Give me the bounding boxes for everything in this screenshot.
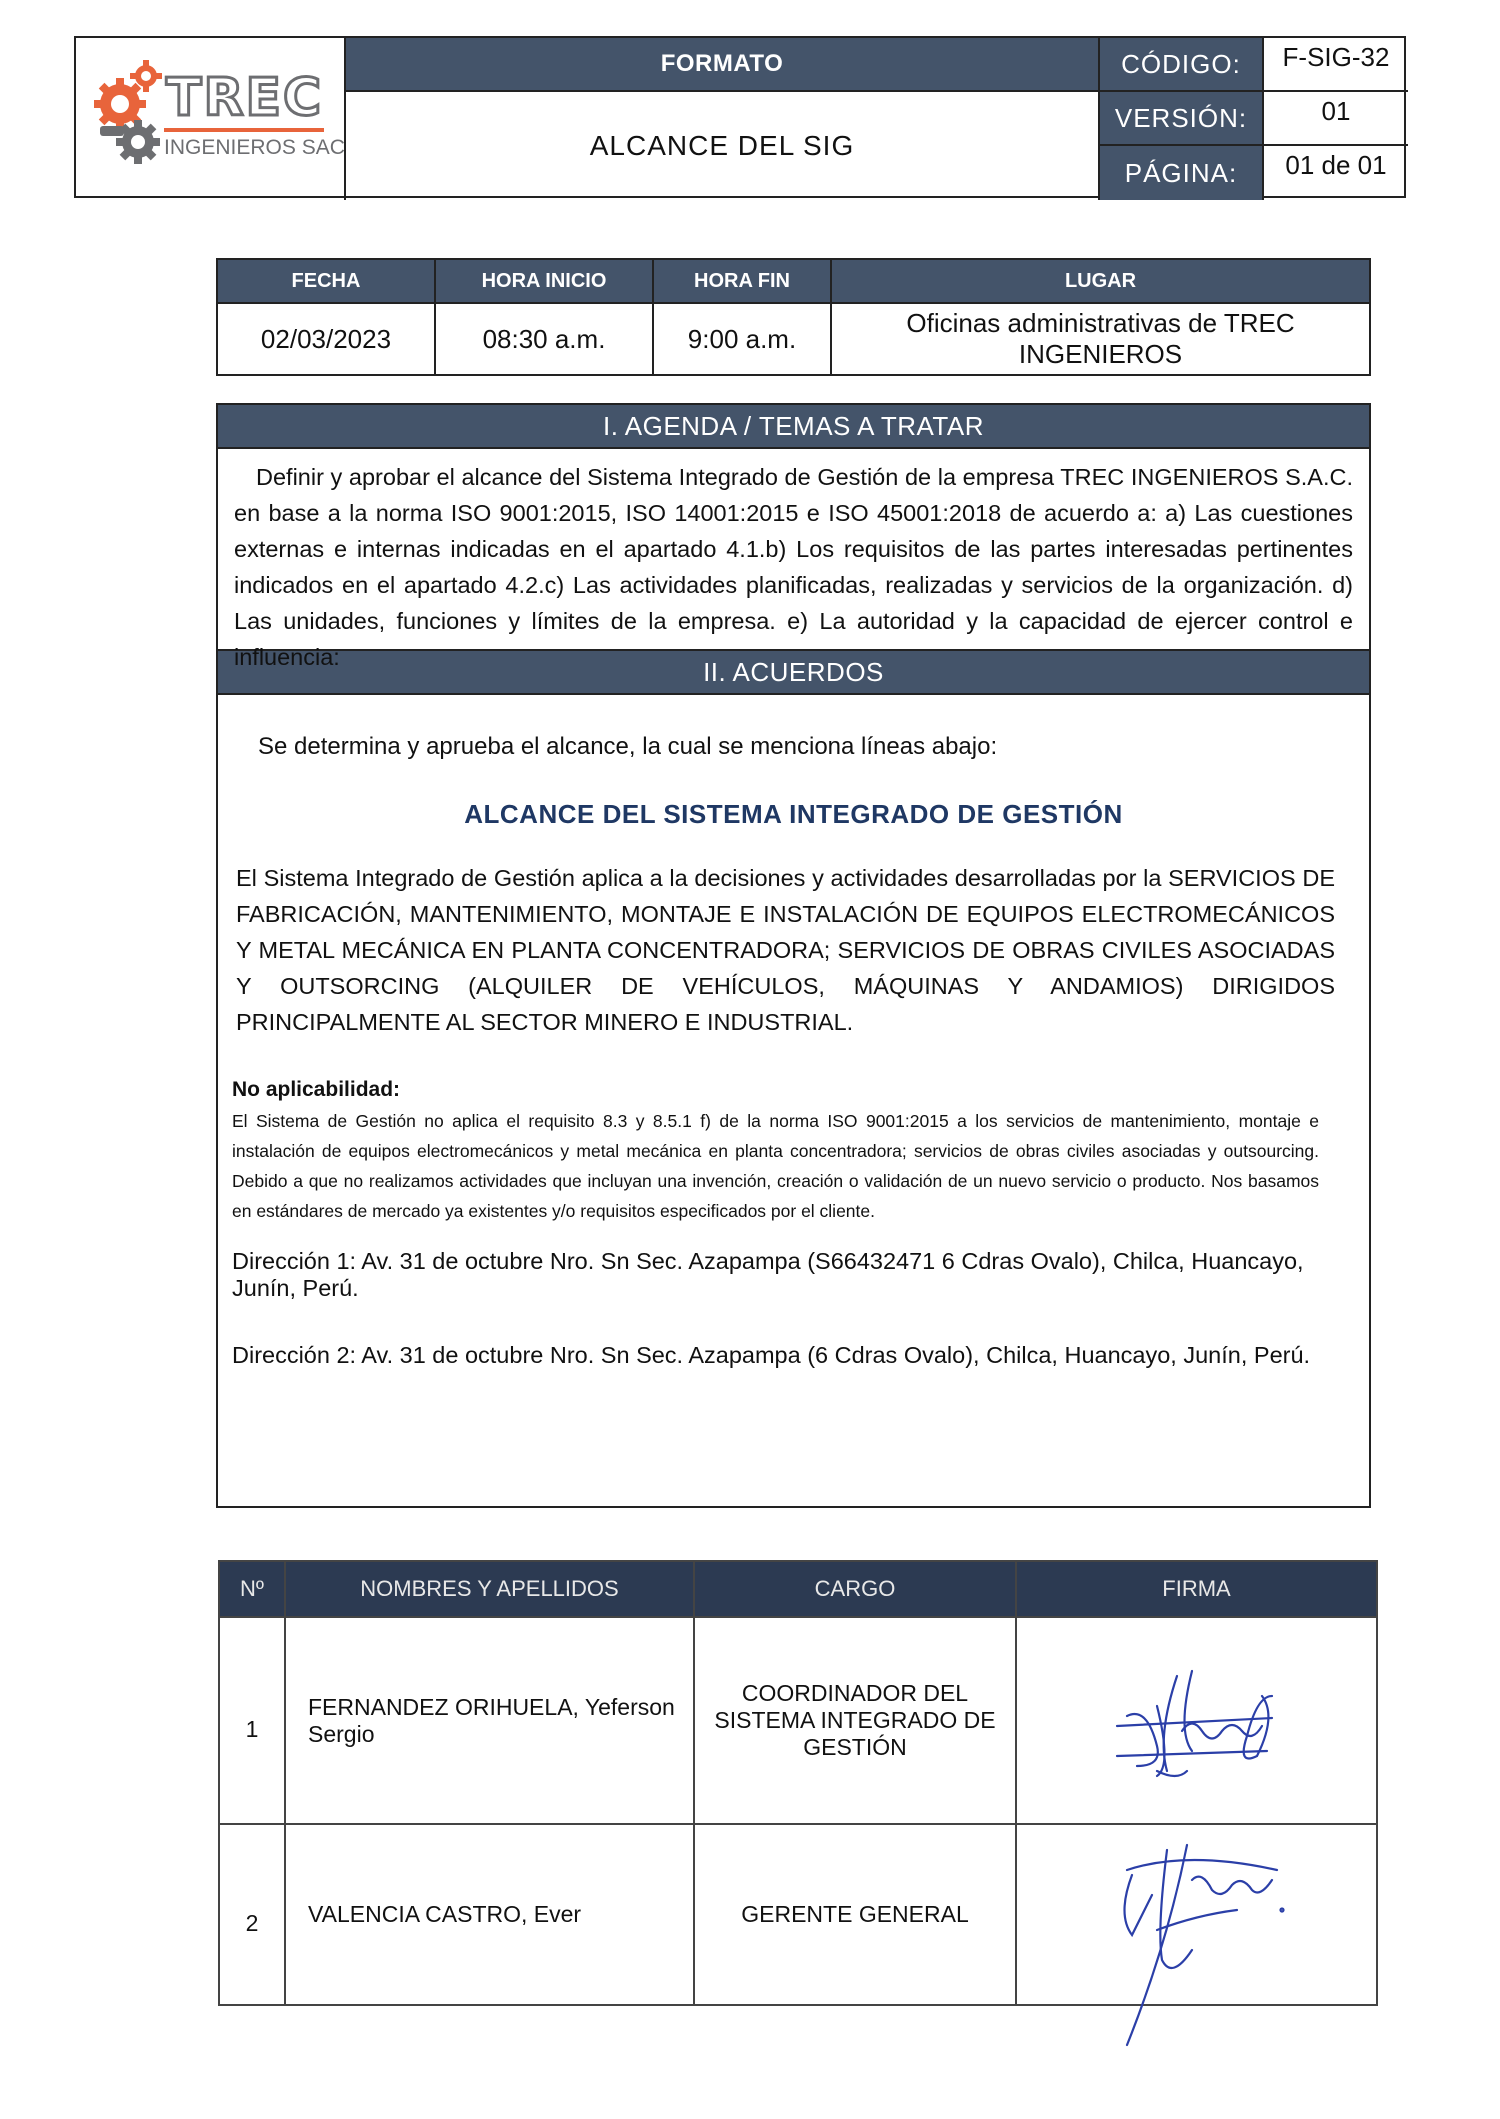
row-number: 1	[219, 1617, 285, 1824]
document-title: ALCANCE DEL SIG	[346, 92, 1100, 200]
scope-text: El Sistema Integrado de Gestión aplica a…	[236, 860, 1335, 1040]
signature-icon	[1087, 1840, 1307, 1990]
acuerdos-heading: II. ACUERDOS	[218, 649, 1369, 695]
signer-cargo: COORDINADOR DEL SISTEMA INTEGRADO DE GES…	[694, 1617, 1016, 1824]
scope-title: ALCANCE DEL SISTEMA INTEGRADO DE GESTIÓN	[218, 799, 1369, 830]
col-nombres: NOMBRES Y APELLIDOS	[285, 1561, 694, 1617]
agenda-text: Definir y aprobar el alcance del Sistema…	[218, 449, 1369, 649]
signature-icon	[1097, 1656, 1297, 1786]
acuerdos-intro: Se determina y aprueba el alcance, la cu…	[258, 733, 1369, 761]
codigo-label: CÓDIGO:	[1100, 38, 1264, 92]
direccion-1: Dirección 1: Av. 31 de octubre Nro. Sn S…	[232, 1248, 1369, 1302]
company-logo: TREC INGENIEROS SAC	[76, 38, 346, 200]
col-num: Nº	[219, 1561, 285, 1617]
col-hora-inicio: HORA INICIO	[435, 259, 653, 303]
meeting-header-row: FECHA HORA INICIO HORA FIN LUGAR	[217, 259, 1370, 303]
logo-brand: TREC	[166, 72, 323, 124]
logo-divider	[164, 128, 324, 132]
lugar-value: Oficinas administrativas de TREC INGENIE…	[831, 303, 1370, 375]
col-cargo: CARGO	[694, 1561, 1016, 1617]
pagina-label: PÁGINA:	[1100, 146, 1264, 200]
signer-name: VALENCIA CASTRO, Ever	[285, 1824, 694, 2005]
pagina-value: 01 de 01	[1264, 146, 1408, 200]
col-fecha: FECHA	[217, 259, 435, 303]
col-lugar: LUGAR	[831, 259, 1370, 303]
row-number: 2	[219, 1824, 285, 2005]
table-row: 2 VALENCIA CASTRO, Ever GERENTE GENERAL	[219, 1824, 1377, 2005]
signer-cargo: GERENTE GENERAL	[694, 1824, 1016, 2005]
codigo-value: F-SIG-32	[1264, 38, 1408, 92]
direccion-2: Dirección 2: Av. 31 de octubre Nro. Sn S…	[232, 1342, 1369, 1369]
logo-brand-text: TREC	[166, 72, 323, 124]
signatures-header-row: Nº NOMBRES Y APELLIDOS CARGO FIRMA	[219, 1561, 1377, 1617]
hora-inicio-value: 08:30 a.m.	[435, 303, 653, 375]
col-hora-fin: HORA FIN	[653, 259, 831, 303]
format-label: FORMATO	[346, 38, 1100, 92]
hora-fin-value: 9:00 a.m.	[653, 303, 831, 375]
logo-subtitle: INGENIEROS SAC	[164, 136, 345, 160]
version-label: VERSIÓN:	[1100, 92, 1264, 146]
gears-icon	[92, 56, 172, 166]
table-row: 1 FERNANDEZ ORIHUELA, Yeferson Sergio CO…	[219, 1617, 1377, 1824]
meeting-values-row: 02/03/2023 08:30 a.m. 9:00 a.m. Oficinas…	[217, 303, 1370, 375]
col-firma: FIRMA	[1016, 1561, 1377, 1617]
signer-firma	[1016, 1824, 1377, 2005]
agenda-heading: I. AGENDA / TEMAS A TRATAR	[218, 405, 1369, 449]
meeting-info-table: FECHA HORA INICIO HORA FIN LUGAR 02/03/2…	[216, 258, 1371, 376]
signer-firma	[1016, 1617, 1377, 1824]
signer-name: FERNANDEZ ORIHUELA, Yeferson Sergio	[285, 1617, 694, 1824]
no-aplicabilidad-title: No aplicabilidad:	[232, 1078, 1369, 1102]
signatures-table: Nº NOMBRES Y APELLIDOS CARGO FIRMA 1 FER…	[218, 1560, 1378, 2006]
minutes-body: I. AGENDA / TEMAS A TRATAR Definir y apr…	[216, 403, 1371, 1508]
version-value: 01	[1264, 92, 1408, 146]
no-aplicabilidad-text: El Sistema de Gestión no aplica el requi…	[232, 1106, 1319, 1226]
agenda-paragraph: Definir y aprobar el alcance del Sistema…	[234, 464, 1353, 670]
fecha-value: 02/03/2023	[217, 303, 435, 375]
document-header: TREC INGENIEROS SAC FORMATO ALCANCE DEL …	[74, 36, 1406, 198]
